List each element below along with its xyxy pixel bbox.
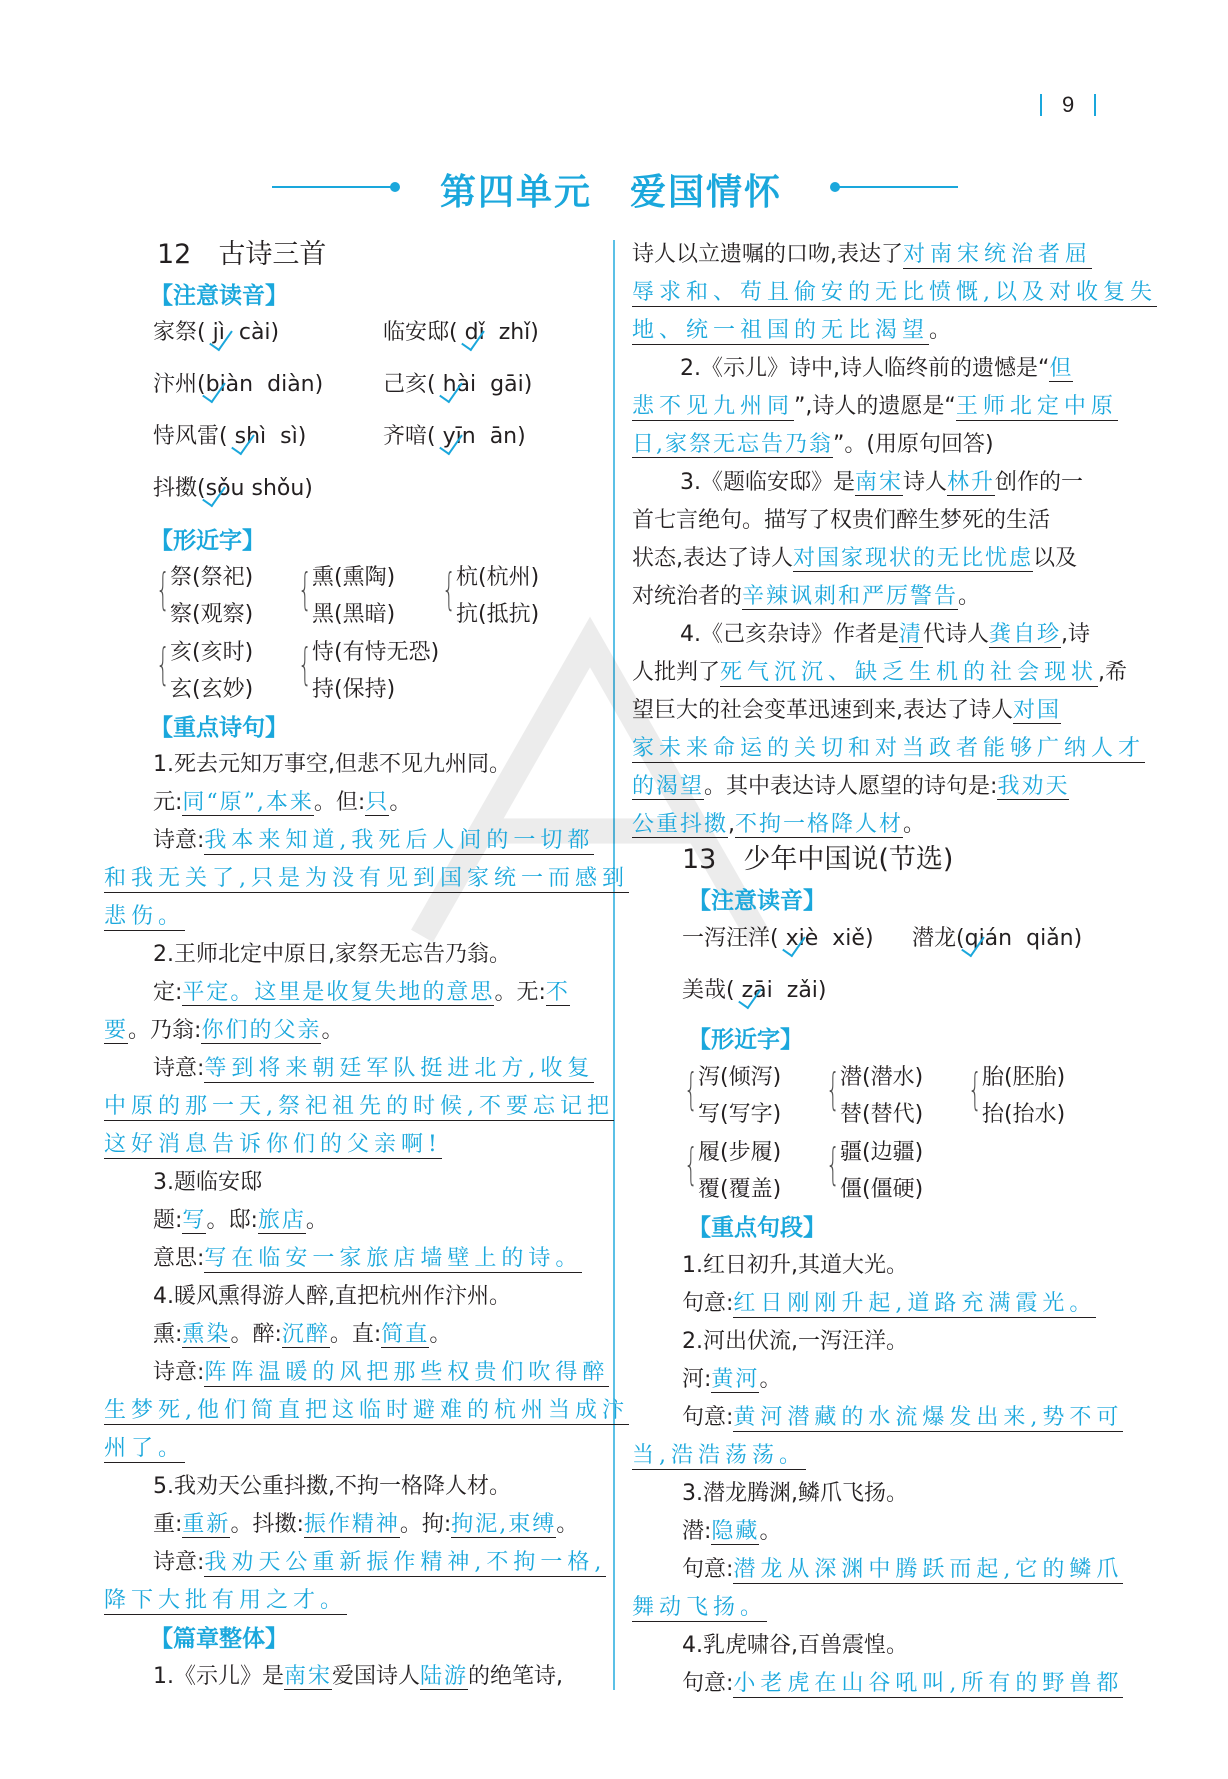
checkmark-icon: yīn bbox=[443, 422, 476, 452]
meaning-line: 州了。 bbox=[104, 1434, 185, 1464]
pron-item: 家祭( jì cài) bbox=[153, 318, 279, 348]
page-number-bar-left bbox=[1040, 94, 1042, 116]
poem-line: 2.王师北定中原日,家祭无忘告乃翁。 bbox=[153, 940, 511, 970]
gloss-line: 定:平定。这里是收复失地的意思。无:不 bbox=[153, 978, 570, 1008]
checkmark-icon: xiè bbox=[786, 924, 819, 954]
pron-item: 抖擞(sǒu shǒu) bbox=[153, 474, 313, 504]
whole-line: 对统治者的辛辣讽刺和严厉警告。 bbox=[632, 582, 980, 612]
gloss-line: 重:重新。抖擞:振作精神。拘:拘泥,束缚。 bbox=[153, 1510, 578, 1540]
section-similar: 【形近字】 bbox=[688, 1025, 803, 1055]
gloss-line: 潜:隐藏。 bbox=[682, 1517, 781, 1547]
meaning-line: 中原的那一天,祭祀祖先的时候,不要忘记把 bbox=[104, 1092, 614, 1122]
meaning-line: 降下大批有用之才。 bbox=[104, 1586, 347, 1616]
whole-line: 诗人以立遗嘱的口吻,表达了对南宋统治者屈 bbox=[632, 240, 1092, 270]
checkmark-icon: biàn bbox=[206, 370, 254, 400]
brace-icon: { bbox=[442, 560, 456, 620]
meaning-line: 诗意:等到将来朝廷军队挺进北方,收复 bbox=[153, 1054, 594, 1084]
passage-line: 3.潜龙腾渊,鳞爪飞扬。 bbox=[682, 1479, 908, 1509]
unit-title: 第四单元 爱国情怀 bbox=[440, 164, 782, 215]
whole-line: 3.《题临安邸》是南宋诗人林升创作的一 bbox=[680, 468, 1083, 498]
meaning-line: 句意:小老虎在山谷吼叫,所有的野兽都 bbox=[682, 1669, 1123, 1699]
meaning-line: 诗意:阵阵温暖的风把那些权贵们吹得醉 bbox=[153, 1358, 609, 1388]
section-similar: 【形近字】 bbox=[150, 526, 265, 556]
similar-char: 熏(熏陶) bbox=[312, 563, 395, 593]
similar-char: 僵(僵硬) bbox=[840, 1175, 923, 1205]
section-whole: 【篇章整体】 bbox=[150, 1624, 288, 1654]
title-rule-right bbox=[838, 186, 958, 188]
meaning-line: 诗意:我本来知道,我死后人间的一切都 bbox=[153, 826, 594, 856]
section-key-passages: 【重点句段】 bbox=[688, 1213, 826, 1243]
similar-char: 覆(覆盖) bbox=[698, 1175, 781, 1205]
meaning-line: 舞动飞扬。 bbox=[632, 1593, 767, 1623]
gloss-line: 题:写。邸:旅店。 bbox=[153, 1206, 328, 1236]
whole-line: 日,家祭无忘告乃翁”。(用原句回答) bbox=[632, 430, 994, 460]
poem-line: 5.我劝天公重抖擞,不拘一格降人材。 bbox=[153, 1472, 511, 1502]
brace-icon: { bbox=[156, 635, 170, 695]
poem-line: 1.死去元知万事空,但悲不见九州同。 bbox=[153, 750, 511, 780]
whole-line: 的渴望。其中表达诗人愿望的诗句是:我劝天 bbox=[632, 772, 1069, 802]
similar-char: 抗(抵抗) bbox=[456, 600, 539, 630]
passage-line: 1.红日初升,其道大光。 bbox=[682, 1251, 908, 1281]
brace-icon: { bbox=[968, 1060, 982, 1120]
whole-line: 首七言绝句。描写了权贵们醉生梦死的生活 bbox=[632, 506, 1050, 536]
checkmark-icon: dǐ bbox=[465, 318, 485, 348]
similar-char: 杭(杭州) bbox=[456, 563, 539, 593]
brace-icon: { bbox=[156, 560, 170, 620]
similar-char: 黑(黑暗) bbox=[312, 600, 395, 630]
whole-line: 状态,表达了诗人对国家现状的无比忧虑以及 bbox=[632, 544, 1077, 574]
similar-char: 祭(祭祀) bbox=[170, 563, 253, 593]
gloss-line: 要。乃翁:你们的父亲。 bbox=[104, 1016, 343, 1046]
section-pronounce: 【注意读音】 bbox=[688, 886, 826, 916]
title-dot-left bbox=[390, 182, 400, 192]
brace-icon: { bbox=[298, 635, 312, 695]
meaning-line: 和我无关了,只是为没有见到国家统一而感到 bbox=[104, 864, 629, 894]
unit-title-banner: 第四单元 爱国情怀 bbox=[0, 162, 1228, 212]
meaning-line: 句意:潜龙从深渊中腾跃而起,它的鳞爪 bbox=[682, 1555, 1123, 1585]
poem-line: 4.暖风熏得游人醉,直把杭州作汴州。 bbox=[153, 1282, 511, 1312]
whole-line: 家未来命运的关切和对当政者能够广纳人才 bbox=[632, 734, 1145, 764]
meaning-line: 诗意:我劝天公重新振作精神,不拘一格, bbox=[153, 1548, 606, 1578]
brace-icon: { bbox=[684, 1060, 698, 1120]
brace-icon: { bbox=[826, 1135, 840, 1195]
lesson-13-title: 13 少年中国说(节选) bbox=[682, 845, 953, 875]
pron-item: 潜龙(qián qiǎn) bbox=[912, 924, 1082, 954]
section-key-lines: 【重点诗句】 bbox=[150, 713, 288, 743]
whole-line: 公重抖擞,不拘一格降人材。 bbox=[632, 810, 925, 840]
pron-item: 一泻汪洋( xiè xiě) bbox=[682, 924, 874, 954]
similar-char: 替(替代) bbox=[840, 1100, 923, 1130]
meaning-line: 句意:红日刚刚升起,道路充满霞光。 bbox=[682, 1289, 1096, 1319]
pron-item: 恃风雷( shì sì) bbox=[153, 422, 306, 452]
pron-item: 齐喑( yīn ān) bbox=[383, 422, 526, 452]
similar-char: 恃(有恃无恐) bbox=[312, 638, 439, 668]
similar-char: 亥(亥时) bbox=[170, 638, 253, 668]
similar-char: 胎(胚胎) bbox=[982, 1063, 1065, 1093]
page-number-bar-right bbox=[1094, 94, 1096, 116]
passage-line: 4.乳虎啸谷,百兽震惶。 bbox=[682, 1631, 908, 1661]
meaning-line: 悲伤。 bbox=[104, 902, 185, 932]
checkmark-icon: jì bbox=[213, 318, 225, 348]
similar-char: 疆(边疆) bbox=[840, 1138, 923, 1168]
lesson-12-title: 12 古诗三首 bbox=[157, 240, 326, 270]
checkmark-icon: sǒu bbox=[206, 474, 245, 504]
gloss-line: 河:黄河。 bbox=[682, 1365, 781, 1395]
page-number: 9 bbox=[1062, 92, 1074, 118]
gloss-line: 熏:熏染。醉:沉醉。直:简直。 bbox=[153, 1320, 451, 1350]
page-number-text: 9 bbox=[1062, 92, 1074, 117]
meaning-line: 这好消息告诉你们的父亲啊! bbox=[104, 1130, 442, 1160]
checkmark-icon: hài bbox=[443, 370, 477, 400]
pron-item: 己亥( hài gāi) bbox=[383, 370, 532, 400]
meaning-line: 当,浩浩荡荡。 bbox=[632, 1441, 806, 1471]
whole-line: 人批判了死气沉沉、缺乏生机的社会现状,希 bbox=[632, 658, 1127, 688]
gloss-line: 元:同“原”,本来。但:只。 bbox=[153, 788, 411, 818]
poem-line: 3.题临安邸 bbox=[153, 1168, 262, 1198]
whole-line: 1.《示儿》是南宋爱国诗人陆游的绝笔诗, bbox=[153, 1662, 563, 1692]
pron-item: 汴州(biàn diàn) bbox=[153, 370, 323, 400]
whole-line: 辱求和、苟且偷安的无比愤慨,以及对收复失 bbox=[632, 278, 1157, 308]
checkmark-icon: shì bbox=[235, 422, 267, 452]
pron-item: 临安邸( dǐ zhǐ) bbox=[383, 318, 539, 348]
similar-char: 履(步履) bbox=[698, 1138, 781, 1168]
meaning-line: 意思:写在临安一家旅店墙壁上的诗。 bbox=[153, 1244, 582, 1274]
similar-char: 玄(玄妙) bbox=[170, 675, 253, 705]
checkmark-icon: zāi bbox=[742, 976, 773, 1006]
similar-char: 写(写字) bbox=[698, 1100, 781, 1130]
whole-line: 2.《示儿》诗中,诗人临终前的遗憾是“但 bbox=[680, 354, 1073, 384]
passage-line: 2.河出伏流,一泻汪洋。 bbox=[682, 1327, 908, 1357]
checkmark-icon: qián bbox=[965, 924, 1013, 954]
similar-char: 泻(倾泻) bbox=[698, 1063, 781, 1093]
whole-line: 地、统一祖国的无比渴望。 bbox=[632, 316, 951, 346]
title-rule-left bbox=[272, 186, 392, 188]
whole-line: 望巨大的社会变革迅速到来,表达了诗人对国 bbox=[632, 696, 1061, 726]
similar-char: 持(保持) bbox=[312, 675, 395, 705]
similar-char: 察(观察) bbox=[170, 600, 253, 630]
meaning-line: 句意:黄河潜藏的水流爆发出来,势不可 bbox=[682, 1403, 1123, 1433]
pron-item: 美哉( zāi zǎi) bbox=[682, 976, 827, 1006]
brace-icon: { bbox=[298, 560, 312, 620]
brace-icon: { bbox=[684, 1135, 698, 1195]
section-pronounce: 【注意读音】 bbox=[150, 281, 288, 311]
meaning-line: 生梦死,他们简直把这临时避难的杭州当成汴 bbox=[104, 1396, 629, 1426]
similar-char: 潜(潜水) bbox=[840, 1063, 923, 1093]
whole-line: 悲不见九州同”,诗人的遗愿是“王师北定中原 bbox=[632, 392, 1118, 422]
brace-icon: { bbox=[826, 1060, 840, 1120]
whole-line: 4.《己亥杂诗》作者是清代诗人龚自珍,诗 bbox=[680, 620, 1090, 650]
similar-char: 抬(抬水) bbox=[982, 1100, 1065, 1130]
